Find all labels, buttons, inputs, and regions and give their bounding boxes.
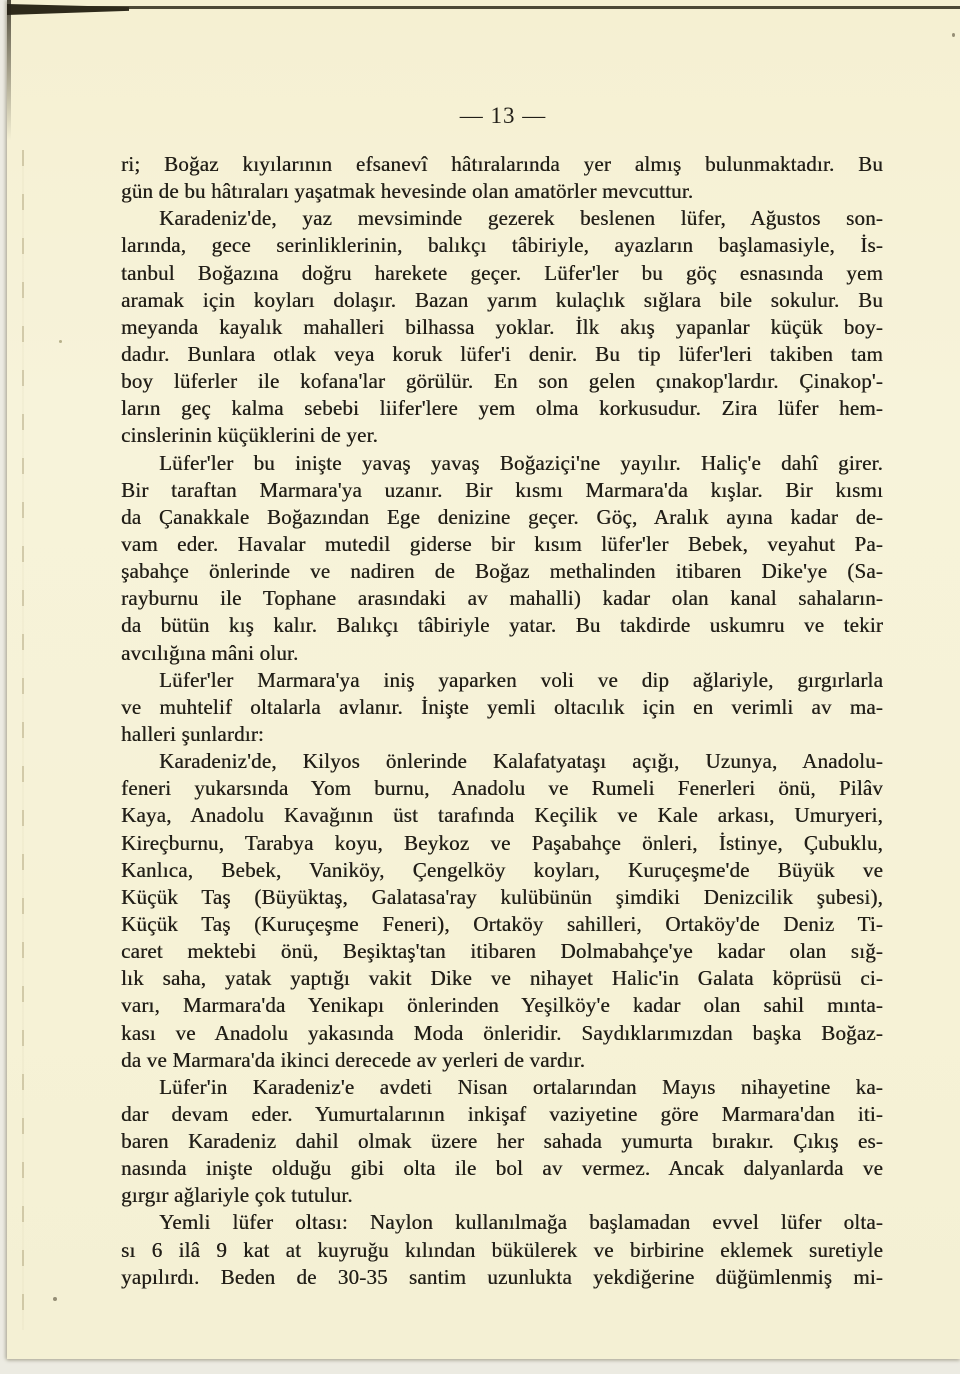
text-line: da Çanakkale Boğazından Ege denizine geç… [121, 504, 883, 531]
text-line: caret mektebi önü, Beşiktaş'tan itibaren… [121, 938, 883, 965]
text-line: Kanlıca, Bebek, Vaniköy, Çengelköy koyla… [121, 857, 883, 884]
page-left-crease [22, 150, 24, 1330]
text-line: Lüfer'ler bu inişte yavaş yavaş Boğaziçi… [121, 450, 883, 477]
text-line: Küçük Taş (Büyüktaş, Galatasa'ray kulübü… [121, 884, 883, 911]
text-line: Karadeniz'de, yaz mevsiminde gezerek bes… [121, 205, 883, 232]
text-line: Kireçburnu, Tarabya koyu, Beykoz ve Paşa… [121, 830, 883, 857]
text-line: şabahçe önlerinde ve nadiren de Boğaz me… [121, 558, 883, 585]
scan-speck [53, 1297, 57, 1301]
text-line: sı 6 ilâ 9 kat at kuyruğu kılından bükül… [121, 1237, 883, 1264]
text-line: larında, gece serinliklerinin, balıkçı t… [121, 232, 883, 259]
text-line: feneri yukarsında Yom burnu, Anadolu ve … [121, 775, 883, 802]
text-line: ların geç kalma sebebi liifer'lere yem o… [121, 395, 883, 422]
text-line: cinslerinin küçüklerini de yer. [121, 422, 883, 449]
text-line: nasında inişte olduğu gibi olta ile bol … [121, 1155, 883, 1182]
text-line: ve muhtelif oltalarla avlanır. İnişte ye… [121, 694, 883, 721]
scan-background: — 13 — ri; Boğaz kıyılarının efsanevî hâ… [0, 0, 960, 1374]
text-line: lık saha, yatak yaptığı vakit Dike ve ni… [121, 965, 883, 992]
text-line: kası ve Anadolu yakasında Moda önleridir… [121, 1020, 883, 1047]
text-line: Kaya, Anadolu Kavağının üst tarafında Ke… [121, 802, 883, 829]
text-line: dadır. Bunlara otlak veya koruk lüfer'i … [121, 341, 883, 368]
page-left-edge-shadow [7, 0, 11, 140]
text-line: varı, Marmara'da Yenikapı önlerinden Yeş… [121, 992, 883, 1019]
text-line: Küçük Taş (Kuruçeşme Feneri), Ortaköy sa… [121, 911, 883, 938]
page-top-edge-shadow [7, 6, 960, 9]
text-line: gün de bu hâtıraları yaşatmak hevesinde … [121, 178, 883, 205]
text-line: halleri şunlardır: [121, 721, 883, 748]
text-line: dar devam eder. Yumurtalarının inkişaf v… [121, 1101, 883, 1128]
text-line: Karadeniz'de, Kilyos önlerinde Kalafatya… [121, 748, 883, 775]
text-line: Bir taraftan Marmara'ya uzanır. Bir kısm… [121, 477, 883, 504]
text-line: rayburnu ile Tophane arasındaki av mahal… [121, 585, 883, 612]
text-line: baren Karadeniz dahil olmak üzere her sa… [121, 1128, 883, 1155]
page-body-text: ri; Boğaz kıyılarının efsanevî hâtıralar… [121, 151, 883, 1291]
text-line: aramak için koyları dolaşır. Bazan yarım… [121, 287, 883, 314]
text-line: meyanda kayalık mahalleri bilhassa yokla… [121, 314, 883, 341]
text-line: ri; Boğaz kıyılarının efsanevî hâtıralar… [121, 151, 883, 178]
text-line: vam eder. Havalar mutedil giderse bir kı… [121, 531, 883, 558]
text-line: da bütün kış kalır. Balıkçı tâbiriyle ya… [121, 612, 883, 639]
scan-speck [59, 340, 62, 343]
text-line: gırgır ağlariyle çok tutulur. [121, 1182, 883, 1209]
text-line: boy lüferler ile kofana'lar görülür. En … [121, 368, 883, 395]
text-line: Lüfer'in Karadeniz'e avdeti Nisan ortala… [121, 1074, 883, 1101]
text-line: Yemli lüfer oltası: Naylon kullanılmağa … [121, 1209, 883, 1236]
text-line: avcılığına mâni olur. [121, 640, 883, 667]
text-line: tanbul Boğazına doğru harekete geçer. Lü… [121, 260, 883, 287]
text-line: Lüfer'ler Marmara'ya iniş yaparken voli … [121, 667, 883, 694]
page-number: — 13 — [121, 103, 885, 129]
text-line: yapılırdı. Beden de 30-35 santim uzunluk… [121, 1264, 883, 1291]
book-page: — 13 — ri; Boğaz kıyılarının efsanevî hâ… [7, 0, 960, 1359]
scan-speck [952, 33, 955, 37]
text-line: da ve Marmara'da ikinci derecede av yerl… [121, 1047, 883, 1074]
